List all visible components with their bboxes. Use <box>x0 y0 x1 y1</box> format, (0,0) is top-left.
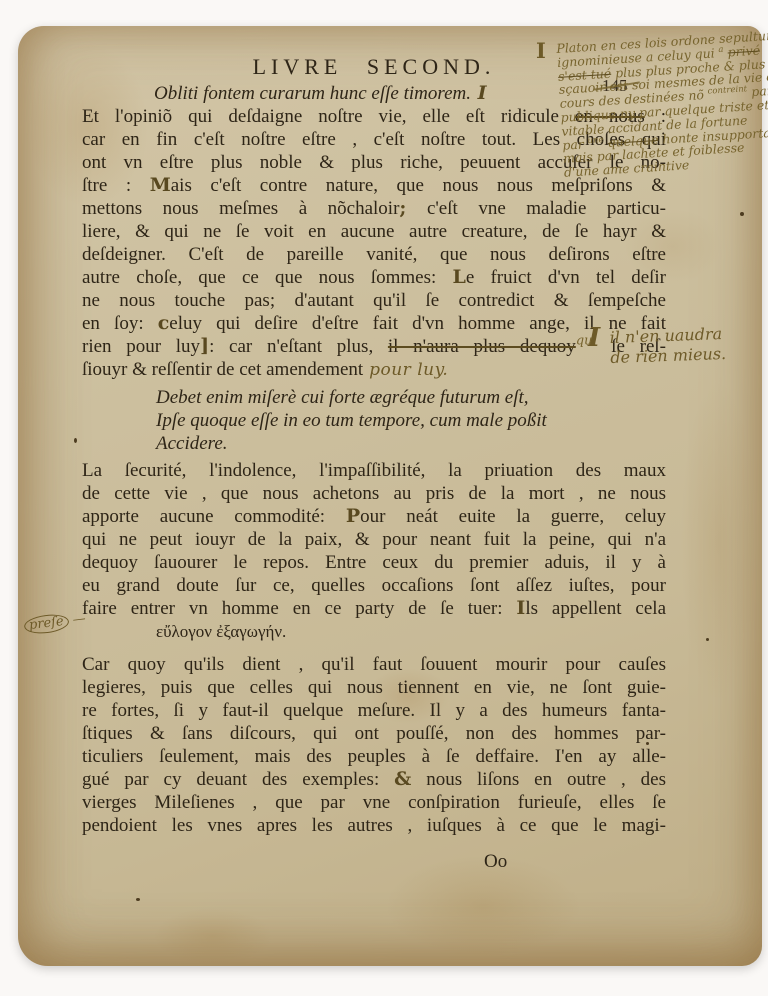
paper-stain <box>128 896 298 976</box>
text-segment: I <box>471 82 487 104</box>
text-segment: La ſecurité, l'indolence, l'impaſſibilit… <box>82 460 666 481</box>
text-segment: qui ne peut iouyr de la paix, & pour nea… <box>82 529 666 550</box>
text-line: Accidere. <box>156 432 666 455</box>
text-segment: ls appellent cela <box>525 598 666 619</box>
paragraph: La ſecurité, l'indolence, l'impaſſibilit… <box>82 459 666 620</box>
text-segment: eu grand doute ſur ce, quelles occaſions… <box>82 575 666 596</box>
text-segment: liere, & qui ne ſe voit en aucune autre … <box>82 221 666 242</box>
text-segment: deſdeigner. C'eſt de pareille vanité, qu… <box>82 244 666 265</box>
ink-speck <box>740 212 744 216</box>
text-segment: c <box>158 312 170 334</box>
text-line: faire entrer vn homme en ce party de ſe … <box>82 597 666 620</box>
text-line: ne nous touche pas; d'autant qu'il ſe co… <box>82 289 666 312</box>
text-segment: gué par cy deuant des exemples: <box>82 769 394 790</box>
book-page: 145 LIVRE SECOND. Obliti fontem curarum … <box>18 26 762 966</box>
text-line: de cette vie , que nous achetons au pris… <box>82 482 666 505</box>
text-segment: de rien mieus. <box>610 344 726 367</box>
text-segment: Et l'opiniõ qui deſdaigne noſtre vie, el… <box>82 106 575 127</box>
text-segment: ne nous touche pas; d'autant qu'il ſe co… <box>82 290 666 311</box>
insertion-mark-icon: I <box>588 323 600 353</box>
text-segment: rien pour luy <box>82 336 200 357</box>
text-segment: re fortes, ſi y faut-il quelque meſure. … <box>82 700 666 721</box>
text-line: apporte aucune commodité: Pour neát euit… <box>82 505 666 528</box>
text-segment: pendoient les vnes apres les autres , iu… <box>82 815 666 836</box>
text-segment: ] <box>200 335 209 357</box>
text-segment: c'eſt vne maladie particu- <box>406 198 666 219</box>
text-segment: mettons nous meſmes à nõchaloir <box>82 198 399 219</box>
text-segment: legieres, puis que celles qui nous tienn… <box>82 677 666 698</box>
text-segment: Debet enim miſerè cui forte ægréque futu… <box>156 387 529 408</box>
text-segment: pour luy. <box>363 360 448 380</box>
text-line: La ſecurité, l'indolence, l'impaſſibilit… <box>82 459 666 482</box>
text-line: ſtiques & ſans diſcours, qui ont pouſſé,… <box>82 722 666 745</box>
text-line: ticuliers ſeulement, mais des peuples à … <box>82 745 666 768</box>
text-line: Car quoy qu'ils dient , qu'il faut ſouue… <box>82 653 666 676</box>
ink-speck <box>706 638 709 641</box>
text-segment: de cette vie , que nous achetons au pris… <box>82 483 666 504</box>
text-segment: e fruict d'vn tel deſir <box>466 267 666 288</box>
text-segment: & <box>394 768 411 790</box>
text-line: re fortes, ſi y faut-il quelque meſure. … <box>82 699 666 722</box>
text-segment: faire entrer vn homme en ce party de ſe … <box>82 598 516 619</box>
scanned-book-photo: 145 LIVRE SECOND. Obliti fontem curarum … <box>0 0 768 996</box>
text-segment: en ſoy: <box>82 313 158 334</box>
text-line: rien pour luy]: car n'eſtant plus, il n'… <box>82 335 666 358</box>
text-segment: ſtiques & ſans diſcours, qui ont pouſſé,… <box>82 723 666 744</box>
ink-speck <box>74 438 77 443</box>
text-line: deſdeigner. C'eſt de pareille vanité, qu… <box>82 243 666 266</box>
text-segment: : car n'eſtant plus, <box>209 336 388 357</box>
text-line: autre choſe, que ce que nous ſommes: Le … <box>82 266 666 289</box>
text-segment: nous liſons en outre , des <box>411 769 666 790</box>
text-segment: Car quoy qu'ils dient , qu'il faut ſouue… <box>82 654 666 675</box>
text-segment: our neát euite la guerre, celuy <box>360 506 666 527</box>
signature-mark: Oo <box>82 851 666 873</box>
text-segment: contreint <box>707 84 747 96</box>
text-segment: I <box>516 597 525 619</box>
text-line: qui ne peut iouyr de la paix, & pour nea… <box>82 528 666 551</box>
text-segment: M <box>150 174 171 196</box>
text-line: Ipſe quoque eſſe in eo tum tempore, cum … <box>156 409 666 432</box>
text-segment: ſiouyr & reſſentir de cet amendement <box>82 359 363 380</box>
text-line: vierges Mileſienes , que par vne conſpir… <box>82 791 666 814</box>
latin-verse: Debet enim miſerè cui forte ægréque futu… <box>156 386 666 455</box>
text-segment: apporte aucune commodité: <box>82 506 346 527</box>
paragraph: Car quoy qu'ils dient , qu'il faut ſouue… <box>82 653 666 837</box>
text-line: en ſoy: celuy qui deſire d'eſtre fait d'… <box>82 312 666 335</box>
paper-stain <box>668 326 768 756</box>
text-segment: ſtre : <box>82 175 150 196</box>
text-line: eu grand doute ſur ce, quelles occaſions… <box>82 574 666 597</box>
text-segment: P <box>346 505 360 527</box>
text-segment: ticuliers ſeulement, mais des peuples à … <box>82 746 666 767</box>
text-line: legieres, puis que celles qui nous tienn… <box>82 676 666 699</box>
text-line: gué par cy deuant des exemples: & nous l… <box>82 768 666 791</box>
text-line: liere, & qui ne ſe voit en aucune autre … <box>82 220 666 243</box>
text-segment: Ipſe quoque eſſe in eo tum tempore, cum … <box>156 410 547 431</box>
text-line: de rien mieus. <box>610 344 726 368</box>
text-line: dequoy ſauourer le repos. Entre ceux du … <box>82 551 666 574</box>
text-segment: autre choſe, que ce que nous ſommes: <box>82 267 452 288</box>
ink-speck <box>136 898 140 901</box>
greek-quote: εὔλογον ἐξαγωγήν. <box>156 620 666 644</box>
circled-word: preſe <box>23 612 70 635</box>
insertion-mark-icon: I <box>536 38 546 63</box>
proofreader-mark: preſe — <box>23 610 87 635</box>
text-line: ſiouyr & reſſentir de cet amendement pou… <box>82 358 666 382</box>
dash-mark: — <box>72 611 87 627</box>
text-segment: Obliti fontem curarum hunc eſſe timorem. <box>154 83 471 104</box>
text-line: pendoient les vnes apres les autres , iu… <box>82 814 666 837</box>
handwritten-margin-note-top: Platon en ces lois ordone sepultureignom… <box>556 28 768 179</box>
text-segment: L <box>452 266 465 288</box>
text-segment: Accidere. <box>156 433 228 454</box>
handwritten-margin-note-right: il n'en uaudrade rien mieus. <box>609 324 726 368</box>
text-segment: une <box>587 135 604 146</box>
text-line: mettons nous meſmes à nõchaloir; c'eſt v… <box>82 197 666 220</box>
text-segment: il n'aura plus dequoy <box>388 336 576 357</box>
text-segment: dequoy ſauourer le repos. Entre ceux du … <box>82 552 666 573</box>
text-segment: il n'en uaudra <box>609 324 722 347</box>
text-segment: vierges Mileſienes , que par vne conſpir… <box>82 792 666 813</box>
text-line: Debet enim miſerè cui forte ægréque futu… <box>156 386 666 409</box>
